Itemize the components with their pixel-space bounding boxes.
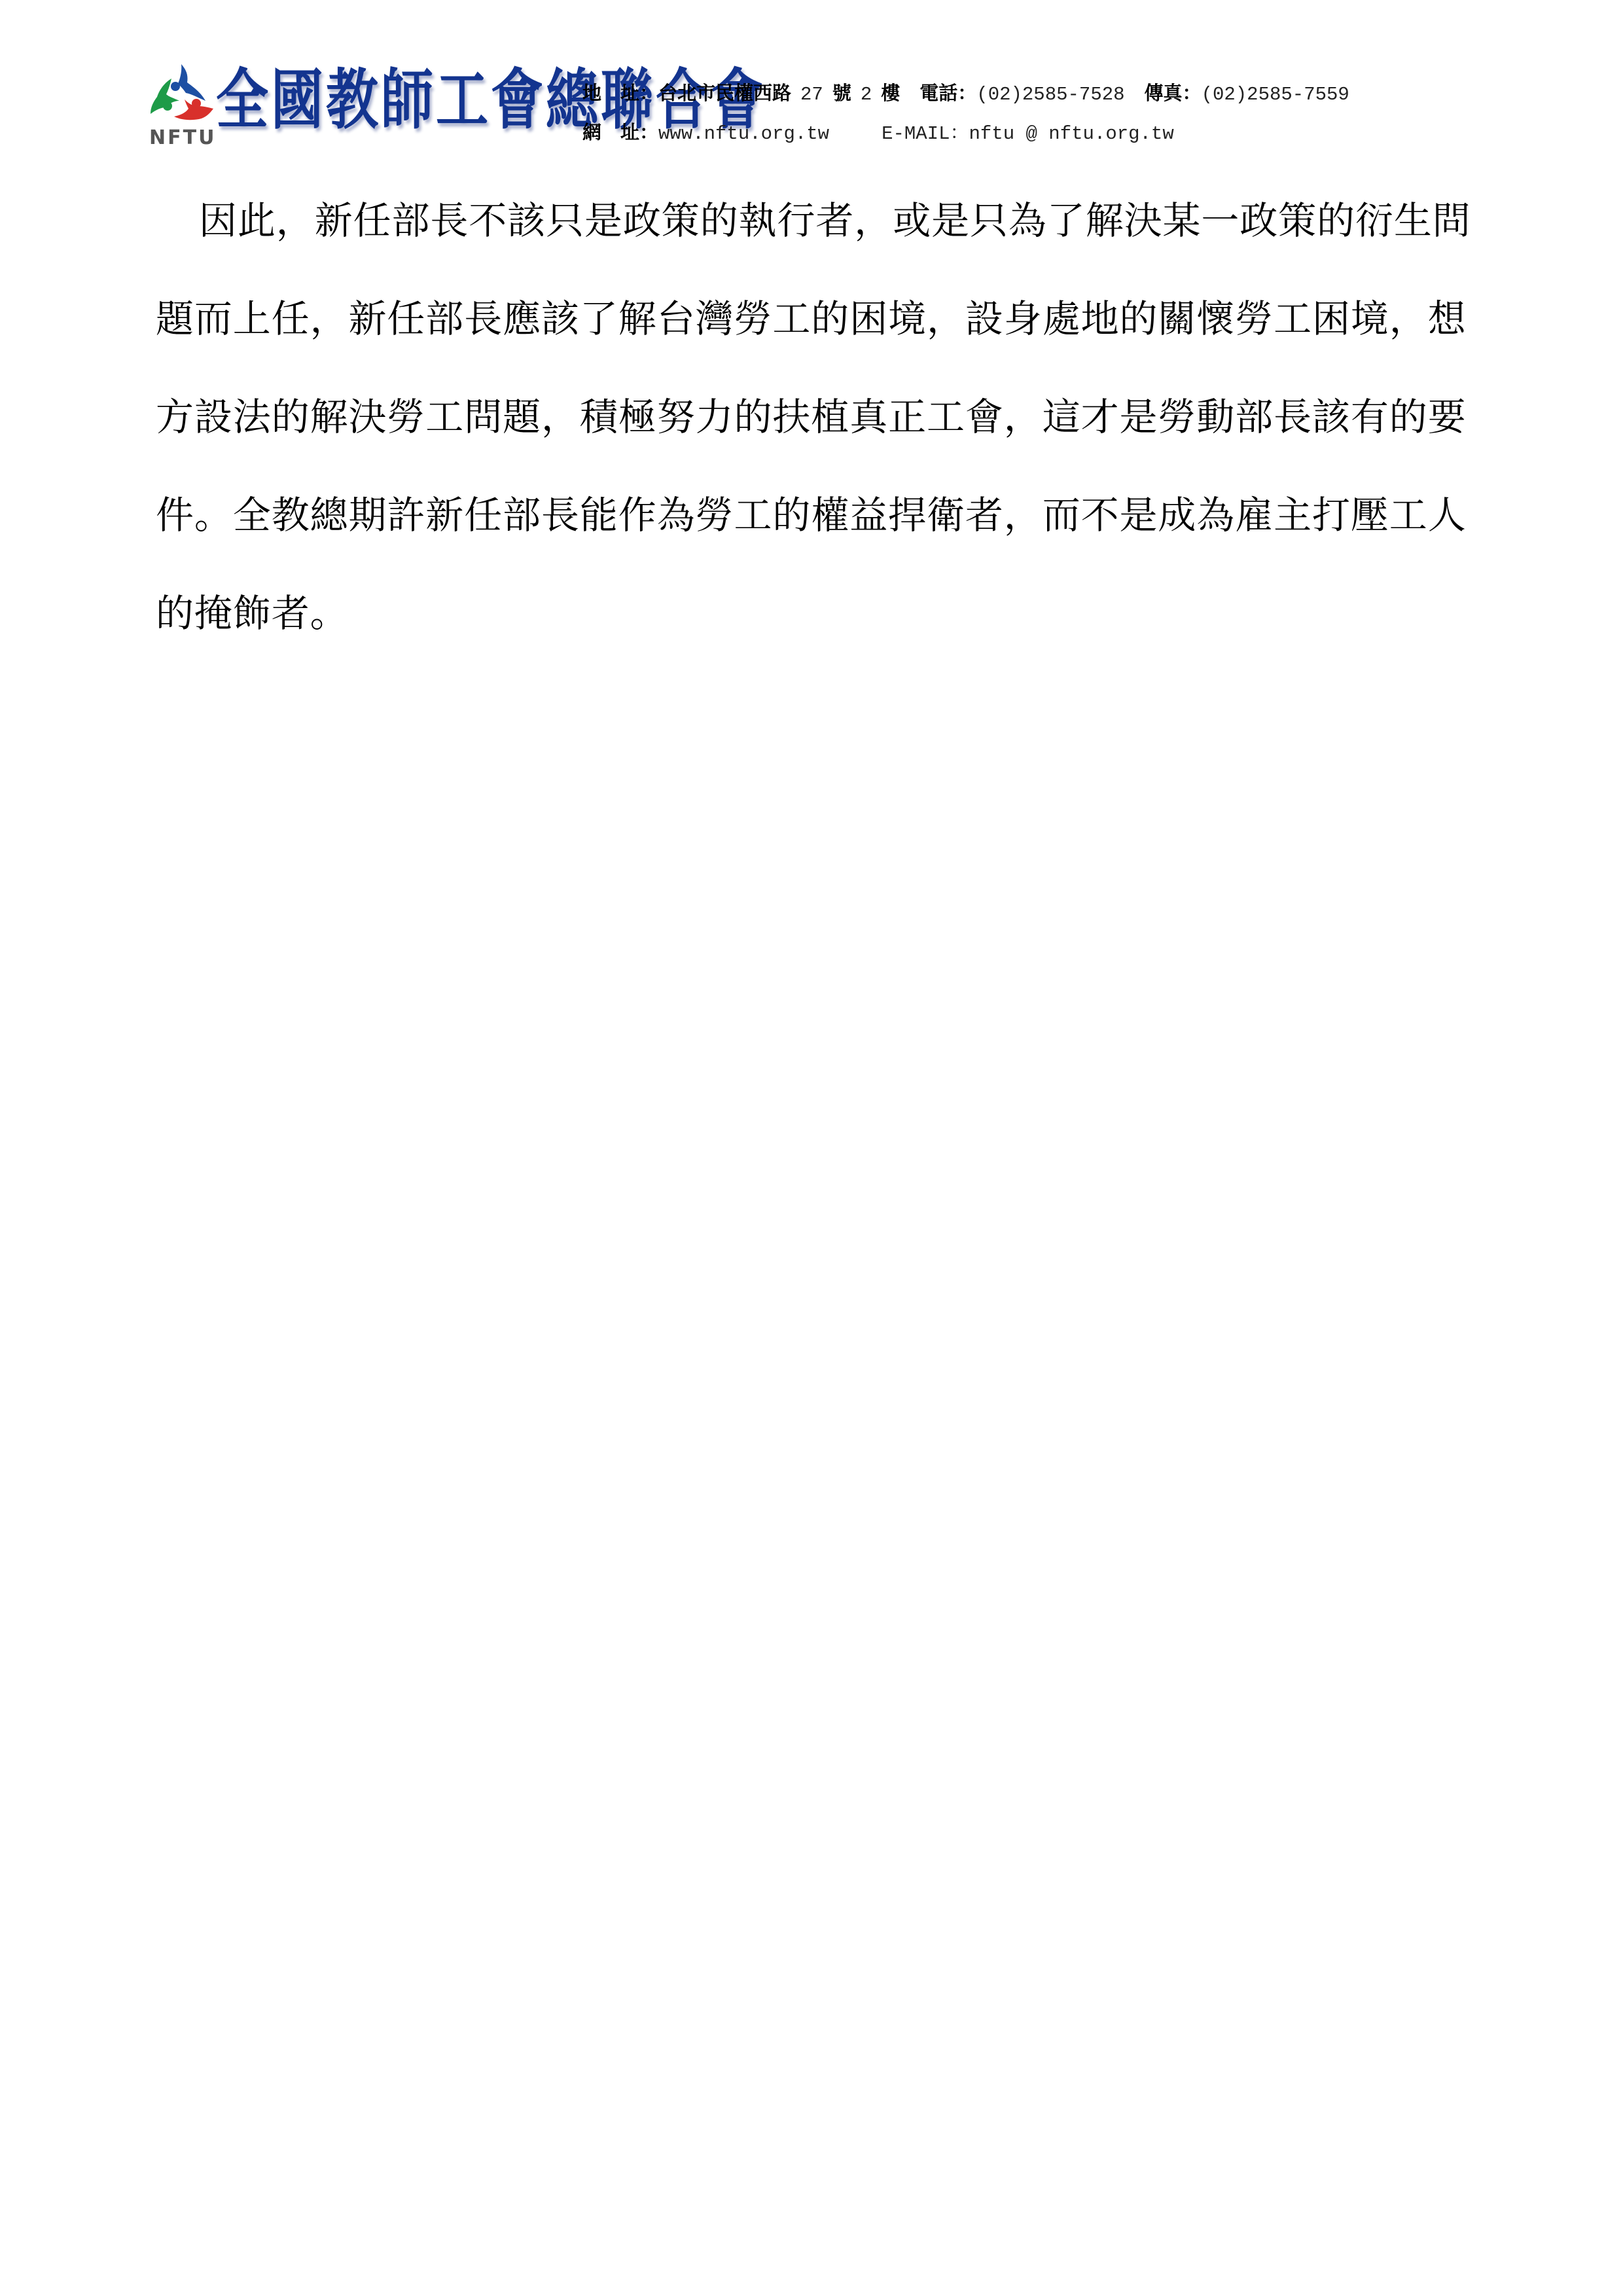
email-link[interactable]: nftu @ nftu.org.tw bbox=[969, 123, 1173, 145]
address-value-street: 台北市民權西路 bbox=[658, 82, 791, 104]
website-link[interactable]: www.nftu.org.tw bbox=[658, 123, 829, 145]
letterhead: NFTU 全國教師工會總聯合會 地 址：台北市民權西路27號2樓電話：(02)2… bbox=[0, 0, 1623, 157]
logo-abbreviation: NFTU bbox=[149, 128, 216, 148]
fax-value: (02)2585-7559 bbox=[1202, 84, 1349, 105]
website-label: 網 址： bbox=[582, 121, 658, 143]
contact-line-web-email: 網 址：www.nftu.org.twE-MAIL：nftu @ nftu.or… bbox=[582, 113, 1349, 152]
fax-label: 傳真： bbox=[1145, 82, 1202, 104]
statement-paragraph: 因此，新任部長不該只是政策的執行者，或是只為了解決某一政策的衍生問 題而上任，新… bbox=[156, 171, 1471, 662]
address-value-hao: 號 bbox=[832, 82, 851, 104]
address-label: 地 址： bbox=[582, 82, 658, 104]
address-floor-number: 2 bbox=[861, 84, 872, 105]
contact-line-address-phone-fax: 地 址：台北市民權西路27號2樓電話：(02)2585-7528傳真：(02)2… bbox=[582, 73, 1349, 113]
address-value-floor: 樓 bbox=[881, 82, 900, 104]
address-number: 27 bbox=[800, 84, 823, 105]
contact-info: 地 址：台北市民權西路27號2樓電話：(02)2585-7528傳真：(02)2… bbox=[582, 73, 1349, 152]
paragraph-line-4: 件。全教總期許新任部長能作為勞工的權益捍衛者，而不是成為雇主打壓工人 bbox=[156, 466, 1471, 564]
nftu-emblem-icon bbox=[145, 60, 217, 132]
paragraph-line-1: 因此，新任部長不該只是政策的執行者，或是只為了解決某一政策的衍生問 bbox=[156, 171, 1471, 270]
nftu-logo: NFTU 全國教師工會總聯合會 bbox=[145, 60, 546, 152]
paragraph-line-5: 的掩飾者。 bbox=[156, 564, 1471, 662]
paragraph-line-3: 方設法的解決勞工問題，積極努力的扶植真正工會，這才是勞動部長該有的要 bbox=[156, 368, 1471, 466]
paragraph-line-2: 題而上任，新任部長應該了解台灣勞工的困境，設身處地的關懷勞工困境，想 bbox=[156, 270, 1471, 368]
email-label: E-MAIL： bbox=[882, 123, 969, 145]
phone-value: (02)2585-7528 bbox=[976, 84, 1124, 105]
phone-label: 電話： bbox=[919, 82, 976, 104]
